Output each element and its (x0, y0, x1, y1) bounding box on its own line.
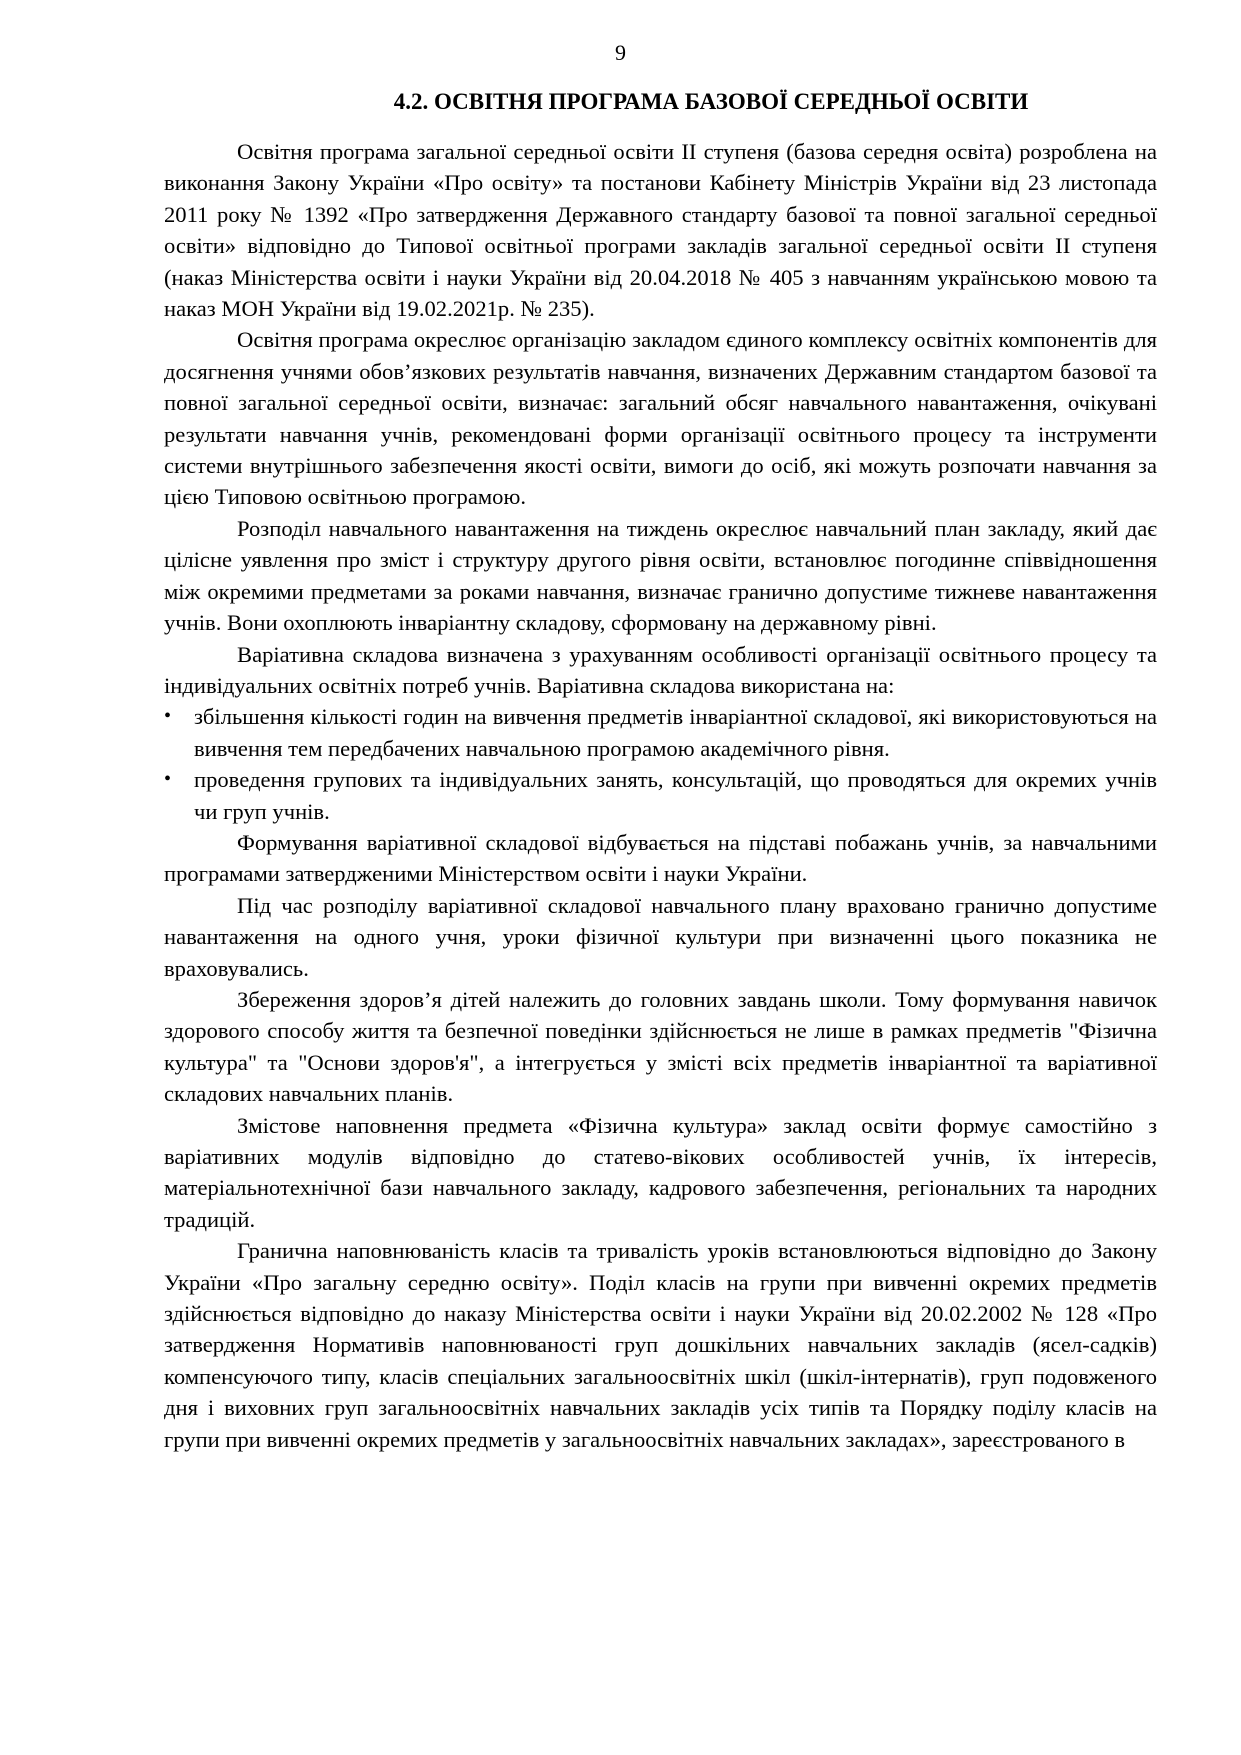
list-item-text: проведення групових та індивідуальних за… (194, 767, 1157, 823)
variable-component-uses-list: • збільшення кількості годин на вивчення… (164, 701, 1157, 827)
document-body: Освітня програма загальної середньої осв… (164, 136, 1157, 1455)
paragraph-physical-education: Змістове наповнення предмета «Фізична ку… (164, 1110, 1157, 1236)
paragraph-program-scope: Освітня програма окреслює організацію за… (164, 324, 1157, 512)
page-number: 9 (0, 40, 1241, 66)
paragraph-variable-component: Варіативна складова визначена з урахуван… (164, 639, 1157, 702)
paragraph-workload-distribution: Розподіл навчального навантаження на тиж… (164, 513, 1157, 639)
paragraph-workload-limit: Під час розподілу варіативної складової … (164, 890, 1157, 984)
list-item-text: збільшення кількості годин на вивчення п… (194, 704, 1157, 760)
bullet-icon: • (164, 764, 184, 795)
paragraph-health: Збереження здоров’я дітей належить до го… (164, 984, 1157, 1110)
bullet-icon: • (164, 701, 184, 732)
section-title: 4.2. ОСВІТНЯ ПРОГРАМА БАЗОВОЇ СЕРЕДНЬОЇ … (164, 88, 1158, 116)
paragraph-variable-formation: Формування варіативної складової відбува… (164, 827, 1157, 890)
paragraph-class-size: Гранична наповнюваність класів та тривал… (164, 1235, 1157, 1455)
list-item: • проведення групових та індивідуальних … (164, 764, 1157, 827)
paragraph-program-basis: Освітня програма загальної середньої осв… (164, 136, 1157, 324)
list-item: • збільшення кількості годин на вивчення… (164, 701, 1157, 764)
document-page: 9 4.2. ОСВІТНЯ ПРОГРАМА БАЗОВОЇ СЕРЕДНЬО… (0, 0, 1241, 1755)
